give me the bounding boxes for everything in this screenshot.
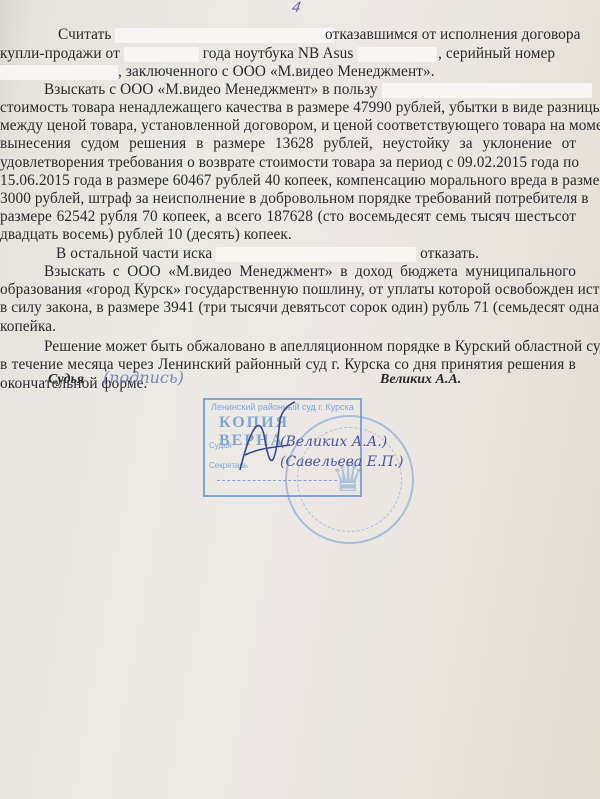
stamp-dotted-line [217, 480, 337, 481]
p2-line6: 15.06.2015 года в размере 60467 рублей 4… [0, 172, 576, 190]
page-number: 4 [291, 0, 303, 16]
redaction [216, 247, 416, 262]
judge-name: Великих А.А. [380, 372, 461, 388]
p4-line2: образования «город Курск» государственну… [0, 281, 576, 299]
p3-line: В остальной части иска отказать. [56, 245, 479, 263]
p2-line2: стоимость товара ненадлежащего качества … [0, 99, 576, 117]
p1-line1: Считать [58, 26, 335, 44]
p2-line3: между ценой товара, установленной догово… [0, 117, 576, 135]
redaction [357, 47, 437, 62]
p1-line1-end: отказавшимся от исполнения договора [325, 26, 581, 44]
p2-line8: размере 62542 рубля 70 копеек, а всего 1… [0, 208, 576, 226]
handwritten-signature-note: (подпись) [103, 368, 184, 387]
p1-line2: купли-продажи от года ноутбука NB Asus [0, 45, 437, 63]
p2-line1: Взыскать с ООО «М.видео Менеджмент» в по… [44, 81, 592, 99]
p1-line3: , заключенного с ООО «М.видео Менеджмент… [0, 63, 435, 81]
p5-line1: Решение может быть обжаловано в апелляци… [44, 338, 576, 356]
p2-line5: удовлетворения требования о возврате сто… [0, 154, 576, 172]
redaction [382, 83, 592, 98]
redaction [0, 65, 118, 80]
p4-line1: Взыскать с ООО «М.видео Менеджмент» в до… [44, 263, 576, 281]
p2-line9: двадцать восемь) рублей 10 (десять) копе… [0, 226, 292, 244]
signature-scribble-icon [230, 400, 300, 480]
p1-line2-end: , серийный номер [438, 45, 555, 63]
redaction [115, 28, 335, 43]
p2-line7: 3000 рублей, штраф за неисполнение в доб… [0, 190, 576, 208]
p4-line3: в силу закона, в размере 3941 (три тысяч… [0, 299, 576, 317]
stamp-judge-label: Судья [209, 441, 232, 450]
redaction [124, 47, 199, 62]
p2-line4: вынесения судом решения в размере 13628 … [0, 135, 576, 153]
p5-line2: в течение месяца через Ленинский районны… [0, 356, 576, 374]
p4-line4: копейка. [0, 318, 56, 336]
judge-label: Судья [48, 372, 84, 388]
